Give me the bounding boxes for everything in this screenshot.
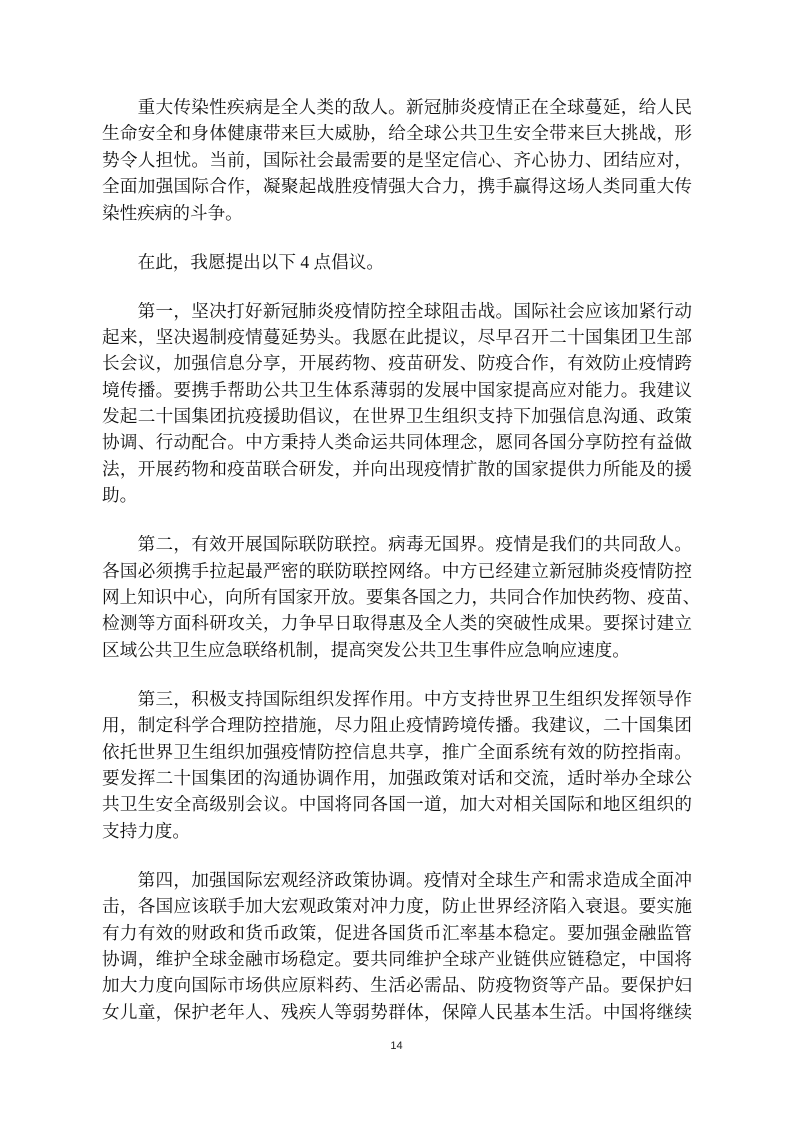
text-line: 检测等方面科研攻关，力争早日取得惠及全人类的突破性成果。要探讨建立 xyxy=(102,610,692,636)
paragraph-point-2: 第二，有效开展国际联防联控。病毒无国界。疫情是我们的共同敌人。 各国必须携手拉起… xyxy=(102,531,692,663)
text-line: 协调、行动配合。中方秉持人类命运共同体理念，愿同各国分享防控有益做 xyxy=(102,429,692,455)
text-line: 起来，坚决遏制疫情蔓延势头。我愿在此提议，尽早召开二十国集团卫生部 xyxy=(102,324,692,350)
text-line: 在此，我愿提出以下 4 点倡议。 xyxy=(102,249,692,275)
page-number: 14 xyxy=(0,1040,793,1052)
text-line: 击，各国应该联手加大宏观政策对冲力度，防止世界经济陷入衰退。要实施 xyxy=(102,893,692,919)
text-line: 有力有效的财政和货币政策，促进各国货币汇率基本稳定。要加强金融监管 xyxy=(102,920,692,946)
text-line: 共卫生安全高级别会议。中国将同各国一道，加大对相关国际和地区组织的 xyxy=(102,791,692,817)
text-line: 法，开展药物和疫苗联合研发，并向出现疫情扩散的国家提供力所能及的援 xyxy=(102,456,692,482)
text-line: 生命安全和身体健康带来巨大威胁，给全球公共卫生安全带来巨大挑战，形 xyxy=(102,120,692,146)
paragraph-point-1: 第一，坚决打好新冠肺炎疫情防控全球阻击战。国际社会应该加紧行动 起来，坚决遏制疫… xyxy=(102,298,692,509)
text-line: 势令人担忧。当前，国际社会最需要的是坚定信心、齐心协力、团结应对， xyxy=(102,147,692,173)
paragraph-point-4: 第四，加强国际宏观经济政策协调。疫情对全球生产和需求造成全面冲 击，各国应该联手… xyxy=(102,867,692,1025)
text-line: 区域公共卫生应急联络机制，提高突发公共卫生事件应急响应速度。 xyxy=(102,637,692,663)
text-line: 支持力度。 xyxy=(102,818,692,844)
text-line: 第三，积极支持国际组织发挥作用。中方支持世界卫生组织发挥领导作 xyxy=(102,686,692,712)
paragraph-point-3: 第三，积极支持国际组织发挥作用。中方支持世界卫生组织发挥领导作 用，制定科学合理… xyxy=(102,686,692,844)
document-page: 重大传染性疾病是全人类的敌人。新冠肺炎疫情正在全球蔓延，给人民 生命安全和身体健… xyxy=(0,0,793,1122)
text-line: 第四，加强国际宏观经济政策协调。疫情对全球生产和需求造成全面冲 xyxy=(102,867,692,893)
text-line: 依托世界卫生组织加强疫情防控信息共享，推广全面系统有效的防控指南。 xyxy=(102,739,692,765)
paragraph-intro: 重大传染性疾病是全人类的敌人。新冠肺炎疫情正在全球蔓延，给人民 生命安全和身体健… xyxy=(102,94,692,226)
text-line: 发起二十国集团抗疫援助倡议，在世界卫生组织支持下加强信息沟通、政策 xyxy=(102,403,692,429)
text-line: 协调，维护全球金融市场稳定。要共同维护全球产业链供应链稳定，中国将 xyxy=(102,946,692,972)
text-line: 重大传染性疾病是全人类的敌人。新冠肺炎疫情正在全球蔓延，给人民 xyxy=(102,94,692,120)
text-line: 各国必须携手拉起最严密的联防联控网络。中方已经建立新冠肺炎疫情防控 xyxy=(102,558,692,584)
text-line: 用，制定科学合理防控措施，尽力阻止疫情跨境传播。我建议，二十国集团 xyxy=(102,712,692,738)
text-line: 境传播。要携手帮助公共卫生体系薄弱的发展中国家提高应对能力。我建议 xyxy=(102,377,692,403)
text-line: 网上知识中心，向所有国家开放。要集各国之力，共同合作加快药物、疫苗、 xyxy=(102,584,692,610)
text-line: 长会议，加强信息分享，开展药物、疫苗研发、防疫合作，有效防止疫情跨 xyxy=(102,350,692,376)
text-line: 染性疾病的斗争。 xyxy=(102,200,692,226)
document-body: 重大传染性疾病是全人类的敌人。新冠肺炎疫情正在全球蔓延，给人民 生命安全和身体健… xyxy=(102,94,692,1048)
paragraph-proposal-intro: 在此，我愿提出以下 4 点倡议。 xyxy=(102,249,692,275)
text-line: 第一，坚决打好新冠肺炎疫情防控全球阻击战。国际社会应该加紧行动 xyxy=(102,298,692,324)
text-line: 第二，有效开展国际联防联控。病毒无国界。疫情是我们的共同敌人。 xyxy=(102,531,692,557)
text-line: 加大力度向国际市场供应原料药、生活必需品、防疫物资等产品。要保护妇 xyxy=(102,972,692,998)
text-line: 女儿童，保护老年人、残疾人等弱势群体，保障人民基本生活。中国将继续 xyxy=(102,999,692,1025)
text-line: 全面加强国际合作，凝聚起战胜疫情强大合力，携手赢得这场人类同重大传 xyxy=(102,173,692,199)
text-line: 要发挥二十国集团的沟通协调作用，加强政策对话和交流，适时举办全球公 xyxy=(102,765,692,791)
text-line: 助。 xyxy=(102,482,692,508)
